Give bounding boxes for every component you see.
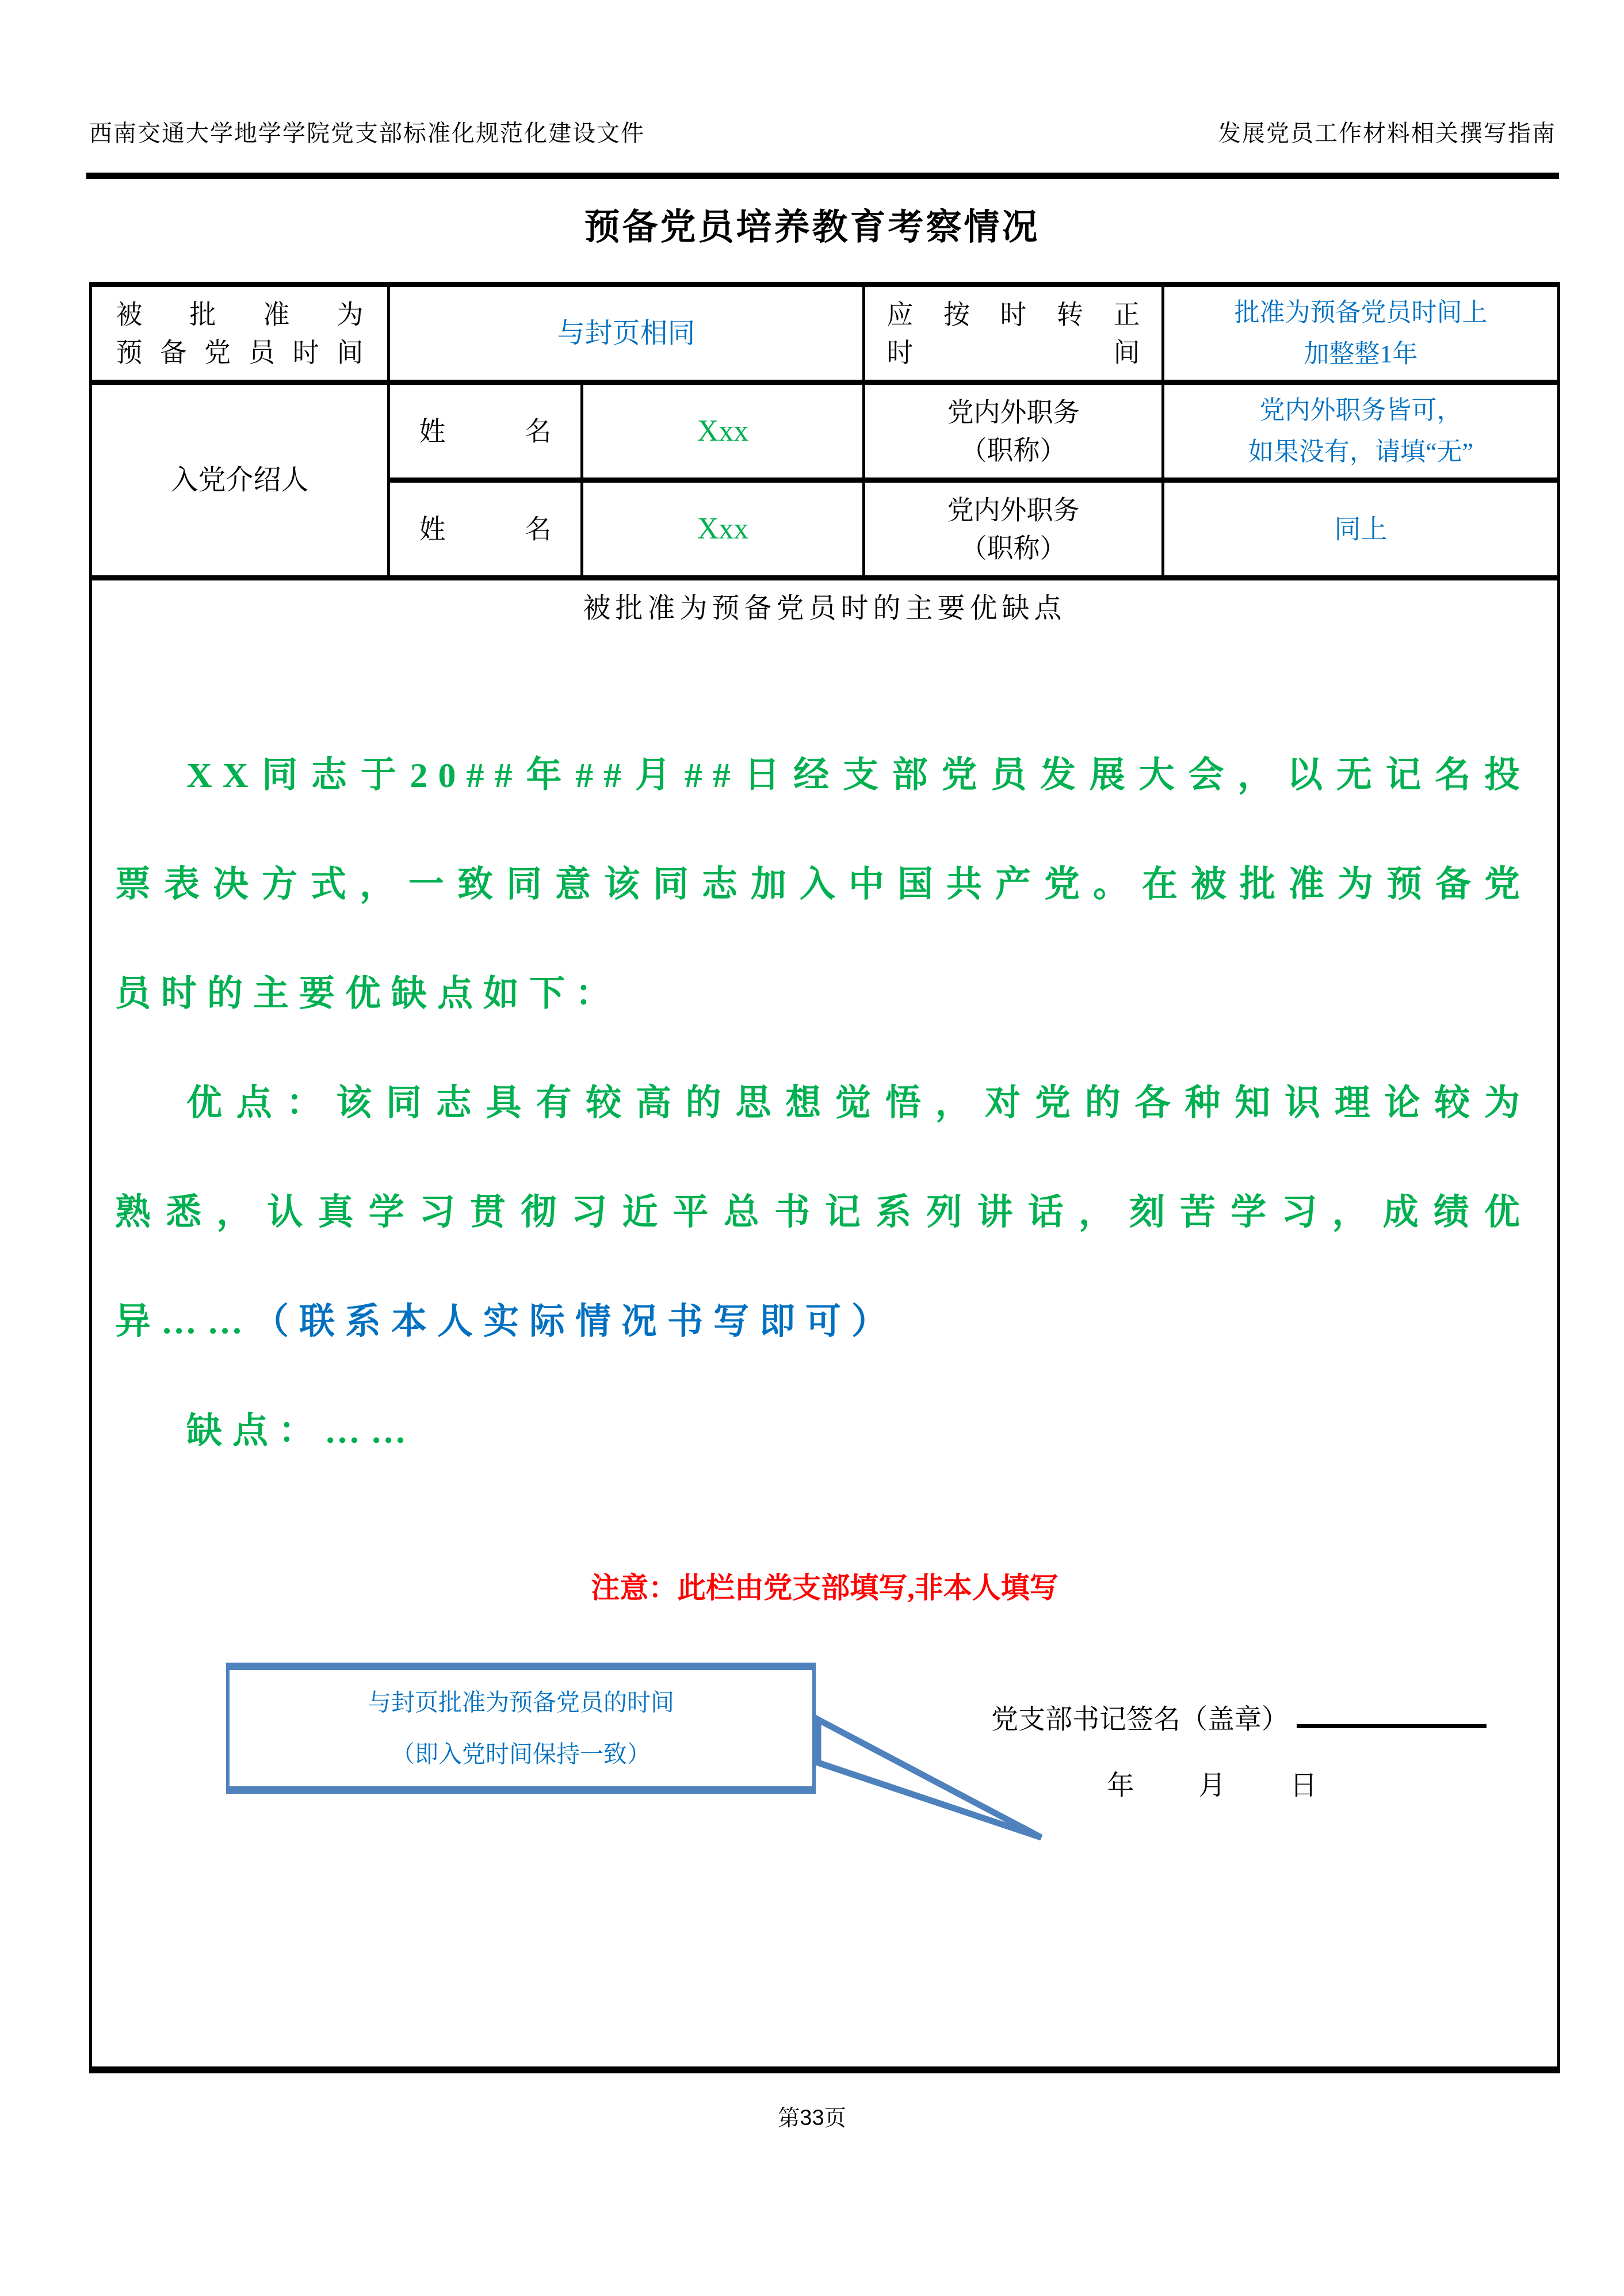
section-heading: 被批准为预备党员时的主要优缺点 — [92, 590, 1557, 630]
assessment-line-1: XX同志于20##年##月##日经支部党员发展大会，以无记名投 — [115, 721, 1530, 830]
signature-row: 党支部书记签名（盖章） — [991, 1691, 1487, 1743]
assessment-cell: 被批准为预备党员时的主要优缺点 XX同志于20##年##月##日经支部党员发展大… — [92, 580, 1560, 2073]
page-title: 预备党员培养教育考察情况 — [0, 198, 1624, 250]
introducer2-duty-note-cell: 同上 — [1164, 483, 1560, 580]
introducer1-duty-note-line1: 党内外职务皆可， — [1260, 390, 1462, 431]
transfer-time-note-line2: 加整整1年 — [1304, 334, 1418, 375]
assessment-line-4: 优点：该同志具有较高的思想觉悟，对党的各种知识理论较为 — [115, 1049, 1530, 1158]
introducer2-duty-label-line2: （职称） — [961, 529, 1067, 567]
transfer-time-label-line2: 时间 — [887, 334, 1140, 372]
introducer-label-cell: 入党介绍人 — [92, 385, 390, 580]
introducer1-duty-note-line2: 如果没有，请填“无” — [1248, 431, 1473, 473]
introducer2-duty-label-cell: 党内外职务 （职称） — [865, 483, 1164, 580]
transfer-time-note-line1: 批准为预备党员时间上 — [1235, 292, 1488, 334]
introducer2-name-label-cell: 姓名 — [390, 483, 583, 580]
introducer1-duty-label-cell: 党内外职务 （职称） — [865, 385, 1164, 483]
assessment-line-5: 熟悉，认真学习贯彻习近平总书记系列讲话，刻苦学习，成绩优 — [115, 1158, 1530, 1267]
sign-label: 党支部书记签名（盖章） — [991, 1705, 1289, 1735]
form-table: 被批准为 预备党员时间 与封页相同 应按时转正 时间 批准为预备党员时间上 加整… — [89, 282, 1560, 2073]
page-header-right: 发展党员工作材料相关撰写指南 — [1218, 115, 1556, 148]
approved-time-value-cell: 与封页相同 — [390, 287, 865, 385]
transfer-time-label-cell: 应按时转正 时间 — [865, 287, 1164, 385]
page-footer: 第33页 — [0, 2100, 1624, 2131]
document-page: 西南交通大学地学学院党支部标准化规范化建设文件 发展党员工作材料相关撰写指南 预… — [0, 0, 1624, 2296]
callout-line-2: （即入党时间保持一致） — [391, 1735, 651, 1773]
header-rule — [86, 173, 1559, 179]
introducer1-name-value: Xxx — [583, 385, 865, 483]
approved-time-label-cell: 被批准为 预备党员时间 — [92, 287, 390, 385]
introducer1-duty-note-cell: 党内外职务皆可， 如果没有，请填“无” — [1164, 385, 1560, 483]
assessment-line-7: 缺点：…… — [115, 1377, 1530, 1486]
assessment-line-3: 员时的主要优缺点如下： — [115, 939, 1530, 1049]
date-line: 年 月 日 — [955, 1760, 1473, 1812]
transfer-time-note-cell: 批准为预备党员时间上 加整整1年 — [1164, 287, 1560, 385]
introducer1-name-label: 姓名 — [419, 412, 552, 450]
assessment-line-6: 异……（联系本人实际情况书写即可） — [115, 1267, 1530, 1377]
introducer2-duty-label-line1: 党内外职务 — [947, 491, 1080, 529]
introducer2-name-label: 姓名 — [419, 510, 552, 548]
callout-line-1: 与封页批准为预备党员的时间 — [368, 1683, 674, 1721]
page-header-left: 西南交通大学地学学院党支部标准化规范化建设文件 — [89, 115, 645, 148]
transfer-time-label-line1: 应按时转正 — [887, 296, 1140, 334]
approved-time-label-line1: 被批准为 — [116, 296, 364, 334]
introducer1-duty-label-line2: （职称） — [961, 431, 1067, 469]
approved-time-label-line2: 预备党员时间 — [116, 334, 364, 372]
introducer2-name-value: Xxx — [583, 483, 865, 580]
assessment-paragraph: XX同志于20##年##月##日经支部党员发展大会，以无记名投 票表决方式，一致… — [115, 721, 1530, 1486]
red-warning-note: 注意：此栏由党支部填写,非本人填写 — [92, 1565, 1557, 1611]
signature-line — [1297, 1691, 1487, 1728]
assessment-line-2: 票表决方式，一致同意该同志加入中国共产党。在被批准为预备党 — [115, 830, 1530, 939]
introducer1-name-label-cell: 姓名 — [390, 385, 583, 483]
callout-box: 与封页批准为预备党员的时间 （即入党时间保持一致） — [226, 1663, 816, 1794]
assessment-line-6-blue: （联系本人实际情况书写即可） — [253, 1302, 897, 1342]
introducer1-duty-label-line1: 党内外职务 — [947, 394, 1080, 431]
assessment-line-6-green: 异…… — [115, 1302, 253, 1342]
